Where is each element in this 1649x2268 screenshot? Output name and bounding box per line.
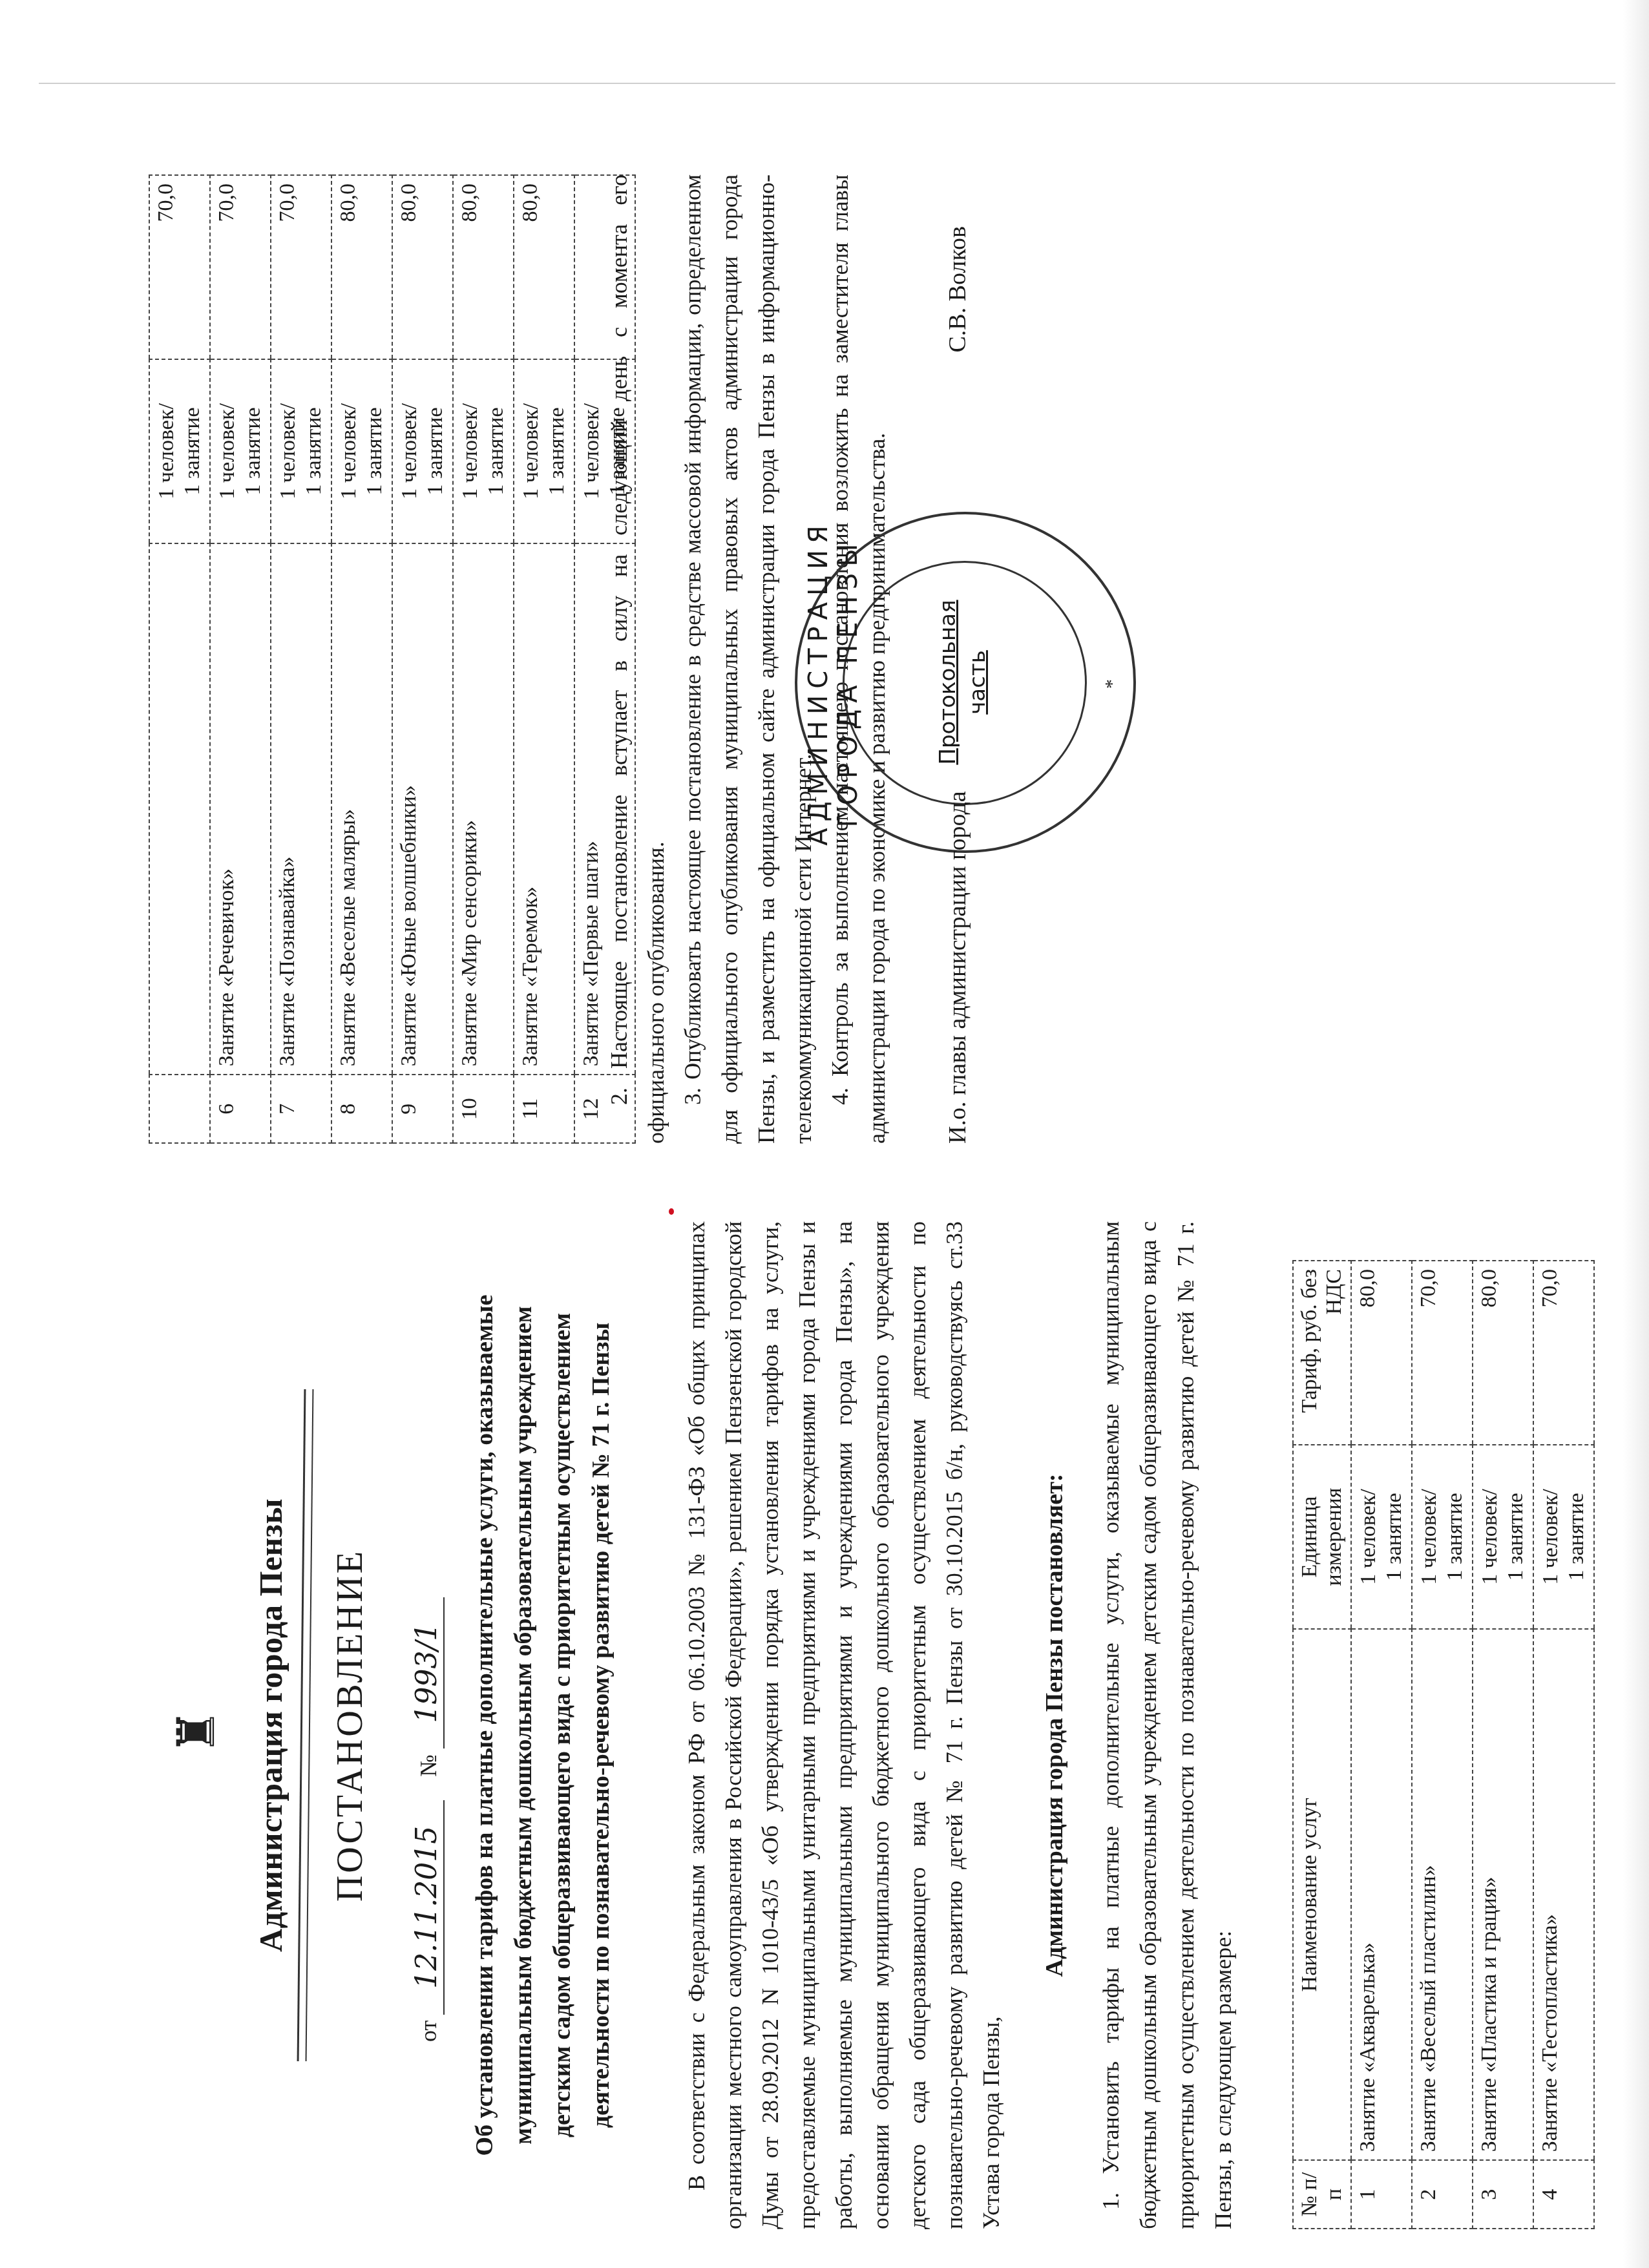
number-prefix: № [415, 1754, 441, 1776]
tariff-value: 80,0 [331, 175, 392, 359]
tariff-value: 70,0 [149, 175, 210, 359]
stamp-center-line-1: Протокольная [935, 600, 961, 764]
table-row: 8Занятие «Веселые маляры»1 человек/1 зан… [331, 175, 392, 1143]
stamp-center-line-2: часть [965, 650, 991, 714]
table-row: 1Занятие «Акварелька»1 человек/1 занятие… [1351, 1261, 1412, 2229]
row-number: 9 [392, 1075, 453, 1143]
unit-of-measure: 1 человек/1 занятие [1473, 1445, 1533, 1629]
unit-of-measure: 1 человек/1 занятие [453, 359, 514, 543]
table-row: 7Занятие «Познавайка»1 человек/1 занятие… [271, 175, 331, 1143]
tariff-value: 70,0 [1533, 1261, 1594, 1445]
service-name: Занятие «Речевичок» [210, 543, 271, 1075]
service-name: Занятие «Пластика и грация» [1473, 1629, 1533, 2160]
tariff-value: 70,0 [271, 175, 331, 359]
header-number: № п/п [1293, 2160, 1351, 2229]
unit-of-measure: 1 человек/1 занятие [271, 359, 331, 543]
table-row: 11Занятие «Теремок»1 человек/1 занятие80… [514, 175, 574, 1143]
clause-2: 2. Настоящее постановление вступает в си… [601, 174, 675, 1144]
row-number: 8 [331, 1075, 392, 1143]
row-number: 6 [210, 1075, 271, 1143]
service-name: Занятие «Юные волшебники» [392, 543, 453, 1075]
coat-of-arms-icon: ♜ [162, 1706, 233, 1758]
table-row: 2Занятие «Веселый пластилин»1 человек/1 … [1412, 1261, 1473, 2229]
header-unit: Единица измерения [1293, 1445, 1351, 1629]
unit-of-measure: 1 человек/1 занятие [392, 359, 453, 543]
date-prefix: от [415, 2021, 441, 2042]
unit-of-measure: 1 человек/1 занятие [149, 359, 210, 543]
row-number: 2 [1412, 2160, 1473, 2229]
signer-name: С.В. Волков [943, 226, 972, 352]
header-tariff: Тариф, руб. без НДС [1293, 1261, 1351, 1445]
scan-border-line [39, 83, 1615, 84]
service-name: Занятие «Веселые маляры» [331, 543, 392, 1075]
table-row: 9Занятие «Юные волшебники»1 человек/1 за… [392, 175, 453, 1143]
table-row: 4Занятие «Тестопластика»1 человек/1 заня… [1533, 1261, 1594, 2229]
row-number: 11 [514, 1075, 574, 1143]
decree-line: Администрация города Пензы постановляет: [1040, 1195, 1069, 2255]
unit-of-measure: 1 человек/1 занятие [210, 359, 271, 543]
tariff-table-part-1: № п/п Наименование услуг Единица измерен… [1292, 1260, 1595, 2229]
scan-edge-shadow [1623, 0, 1649, 2268]
service-name: Занятие «Познавайка» [271, 543, 331, 1075]
tariff-value: 70,0 [1412, 1261, 1473, 1445]
header-rule [297, 1389, 314, 2061]
clause-1: 1. Установить тарифы на платные дополнит… [1092, 1221, 1242, 2229]
tariff-table-part-2: 1 человек/1 занятие70,06Занятие «Речевич… [149, 174, 636, 1144]
preamble-paragraph: В соответствии с Федеральным законом РФ … [678, 1221, 1010, 2229]
table-row: 6Занятие «Речевичок»1 человек/1 занятие7… [210, 175, 271, 1143]
tariff-value: 80,0 [392, 175, 453, 359]
row-number: 10 [453, 1075, 514, 1143]
service-name: Занятие «Теремок» [514, 543, 574, 1075]
unit-of-measure: 1 человек/1 занятие [331, 359, 392, 543]
tariff-value: 80,0 [514, 175, 574, 359]
document-page-2: 1 человек/1 занятие70,06Занятие «Речевич… [149, 174, 1506, 1157]
unit-of-measure: 1 человек/1 занятие [514, 359, 574, 543]
star-icon: * [1101, 679, 1123, 689]
date-value: 12.11.2015 [410, 1800, 445, 2015]
row-number [149, 1075, 210, 1143]
row-number: 7 [271, 1075, 331, 1143]
table-row: 1 человек/1 занятие70,0 [149, 175, 210, 1143]
row-number: 4 [1533, 2160, 1594, 2229]
signer-role: И.о. главы администрации города [943, 791, 972, 1144]
row-number: 3 [1473, 2160, 1533, 2229]
tariff-value: 80,0 [1351, 1261, 1412, 1445]
unit-of-measure: 1 человек/1 занятие [1412, 1445, 1473, 1629]
stamp-ring-text: АДМИНИСТРАЦИЯ ГОРОДА ПЕНЗЫ [804, 514, 863, 850]
service-name [149, 543, 210, 1075]
document-title: ПОСТАНОВЛЕНИЕ [330, 1195, 371, 2255]
row-number: 1 [1351, 2160, 1412, 2229]
tariff-value: 70,0 [210, 175, 271, 359]
unit-of-measure: 1 человек/1 занятие [1351, 1445, 1412, 1629]
service-name: Занятие «Мир сенсорики» [453, 543, 514, 1075]
tariff-value: 80,0 [453, 175, 514, 359]
table-header-row: № п/п Наименование услуг Единица измерен… [1293, 1261, 1351, 2229]
date-number-line: от 12.11.2015 № 1993/1 [410, 1597, 445, 2042]
unit-of-measure: 1 человек/1 занятие [1533, 1445, 1594, 1629]
table-row: 10Занятие «Мир сенсорики»1 человек/1 зан… [453, 175, 514, 1143]
organization-name: Администрация города Пензы [252, 1195, 289, 2255]
service-name: Занятие «Веселый пластилин» [1412, 1629, 1473, 2160]
tariff-value: 80,0 [1473, 1261, 1533, 1445]
header-service-name: Наименование услуг [1293, 1629, 1351, 2160]
number-value: 1993/1 [410, 1597, 445, 1749]
document-subject: Об установлении тарифов на платные допол… [465, 1273, 620, 2178]
table-row: 3Занятие «Пластика и грация»1 человек/1 … [1473, 1261, 1533, 2229]
document-page-1: ♜ Администрация города Пензы ПОСТАНОВЛЕН… [162, 1195, 1615, 2255]
service-name: Занятие «Акварелька» [1351, 1629, 1412, 2160]
service-name: Занятие «Тестопластика» [1533, 1629, 1594, 2160]
